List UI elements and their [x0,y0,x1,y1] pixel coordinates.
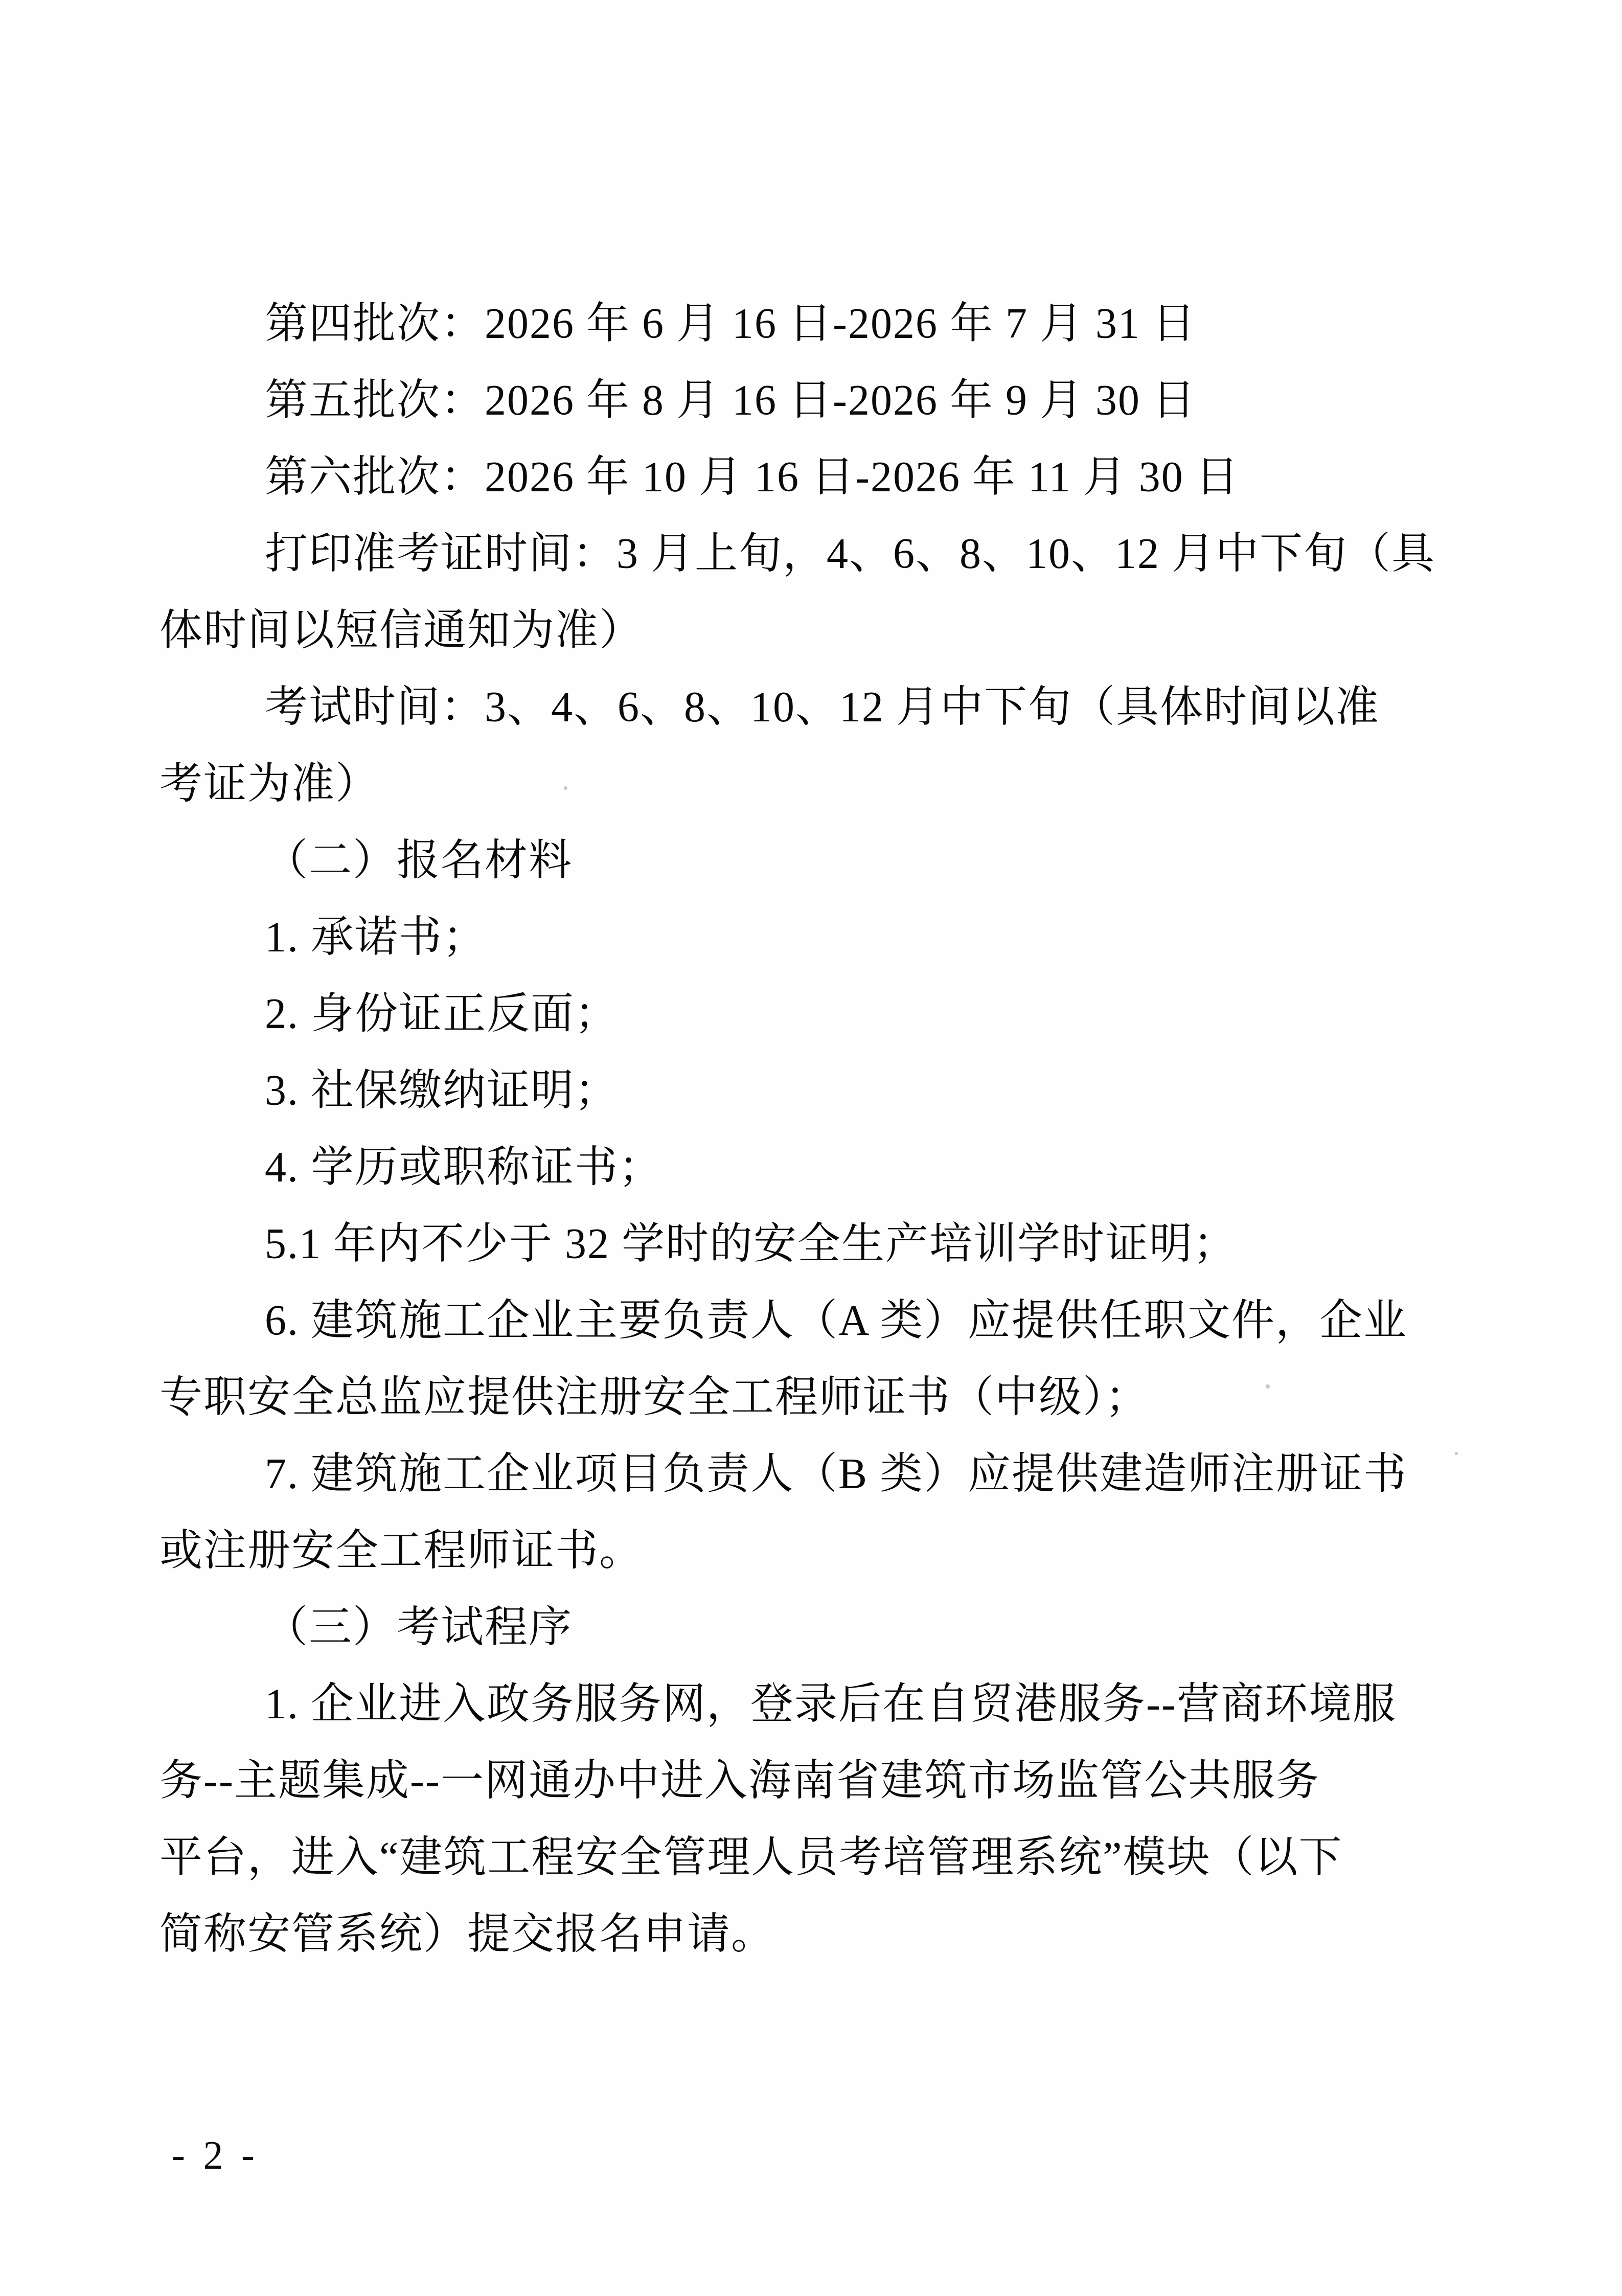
document-page: 第四批次：2026 年 6 月 16 日-2026 年 7 月 31 日 第五批… [0,0,1622,2296]
text-line: 平台，进入“建筑工程安全管理人员考培管理系统”模块（以下 [159,1820,1361,1896]
text-line: （二）报名材料 [159,823,1361,899]
text-line: 5.1 年内不少于 32 学时的安全生产培训学时证明； [159,1206,1361,1283]
text-line: 考证为准） [159,746,1361,823]
text-line: 考试时间：3、4、6、8、10、12 月中下旬（具体时间以准 [159,669,1361,746]
document-body: 第四批次：2026 年 6 月 16 日-2026 年 7 月 31 日 第五批… [159,286,1361,1973]
text-line: 第六批次：2026 年 10 月 16 日-2026 年 11 月 30 日 [159,439,1361,516]
scan-speck [564,786,567,790]
scan-speck [1266,1384,1270,1389]
text-line: 2. 身份证正反面； [159,976,1361,1053]
text-line: 6. 建筑施工企业主要负责人（A 类）应提供任职文件，企业 [159,1283,1361,1359]
text-line: 或注册安全工程师证书。 [159,1513,1361,1589]
text-line: 1. 承诺书； [159,899,1361,976]
text-line: 4. 学历或职称证书； [159,1129,1361,1206]
scan-speck [1455,1452,1458,1455]
text-line: 1. 企业进入政务服务网，登录后在自贸港服务--营商环境服 [159,1666,1361,1743]
text-line: 专职安全总监应提供注册安全工程师证书（中级）； [159,1359,1361,1436]
text-line: 体时间以短信通知为准） [159,593,1361,669]
text-line: 打印准考证时间：3 月上旬，4、6、8、10、12 月中下旬（具 [159,516,1361,593]
page-number: - 2 - [172,2132,259,2178]
text-line: 7. 建筑施工企业项目负责人（B 类）应提供建造师注册证书 [159,1436,1361,1513]
text-line: （三）考试程序 [159,1589,1361,1666]
text-line: 务--主题集成--一网通办中进入海南省建筑市场监管公共服务 [159,1743,1361,1820]
text-line: 3. 社保缴纳证明； [159,1053,1361,1129]
text-line: 第四批次：2026 年 6 月 16 日-2026 年 7 月 31 日 [159,286,1361,362]
text-line: 第五批次：2026 年 8 月 16 日-2026 年 9 月 30 日 [159,362,1361,439]
text-line: 简称安管系统）提交报名申请。 [159,1896,1361,1973]
